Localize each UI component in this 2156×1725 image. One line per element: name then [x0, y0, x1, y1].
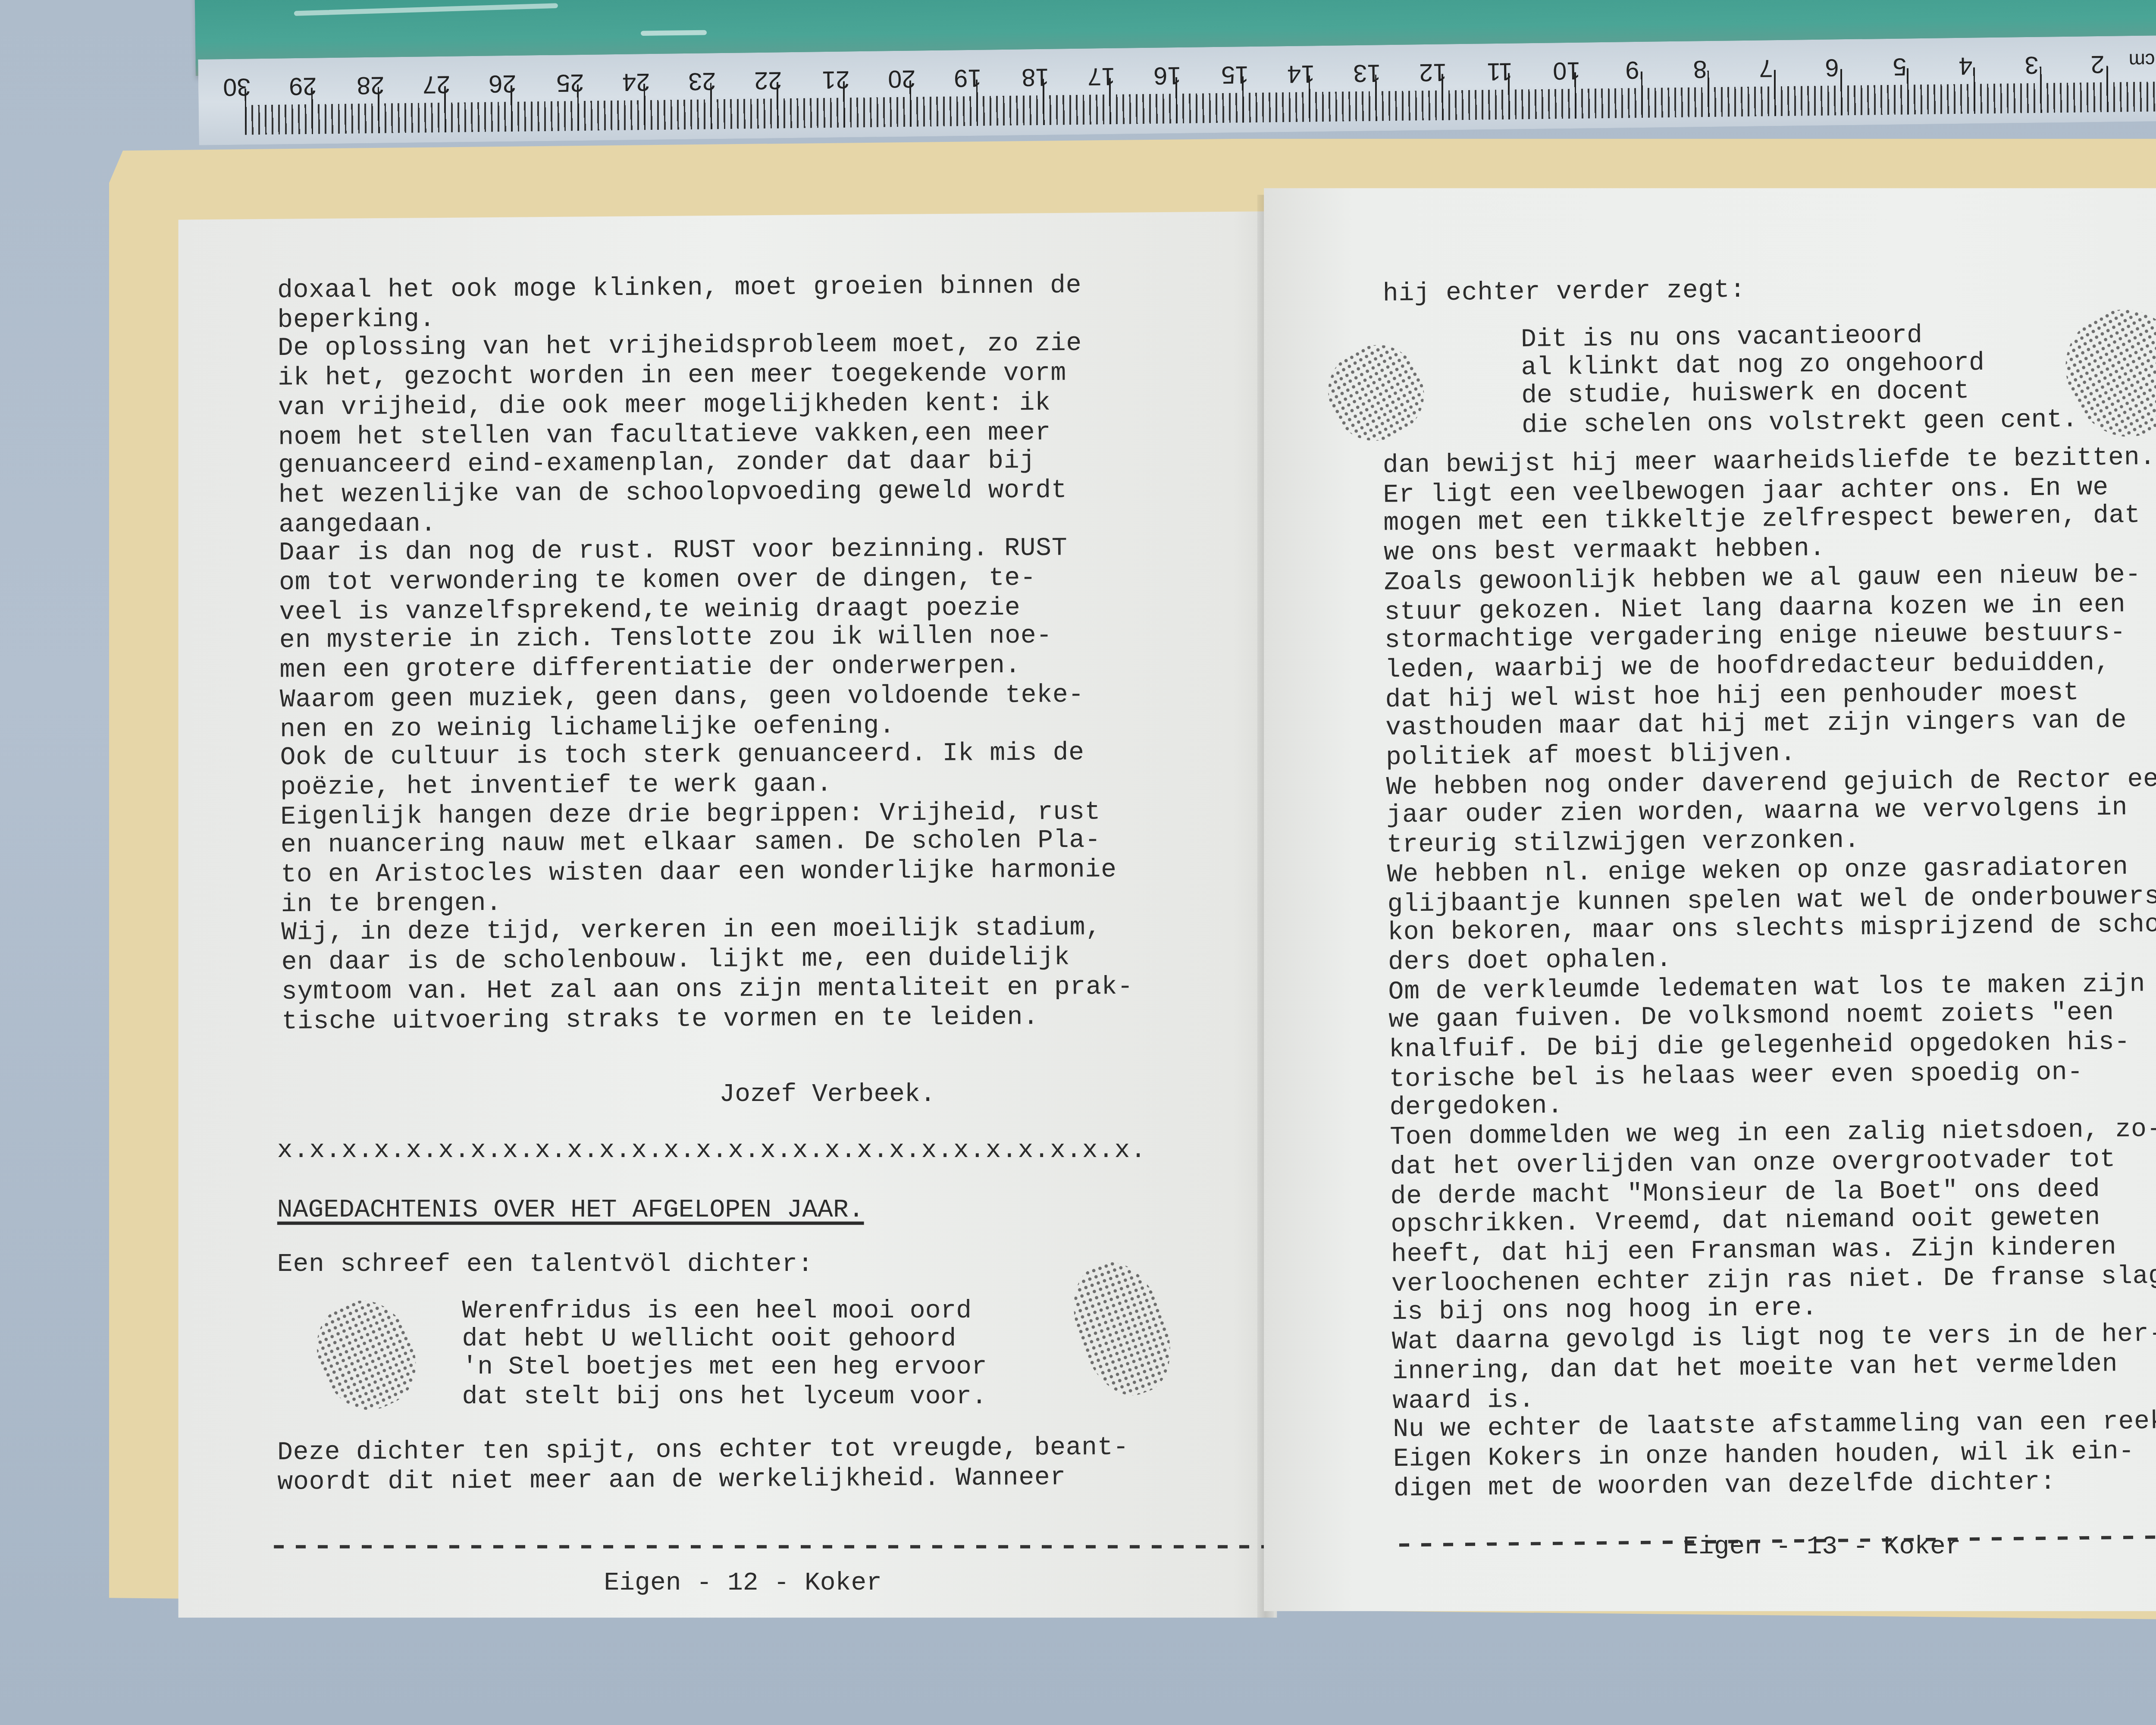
ruler-number: 16 [1154, 61, 1182, 89]
left-paragraph-2: Deze dichter ten spijt, ons echter tot v… [277, 1434, 1129, 1498]
separator-line: x.x.x.x.x.x.x.x.x.x.x.x.x.x.x.x.x.x.x.x.… [277, 1136, 1147, 1166]
ruler-number: 18 [1021, 62, 1049, 91]
ruler-number: 5 [1892, 52, 1906, 80]
poem-intro: Een schreef een talentvöl dichter: [277, 1251, 813, 1280]
ruler-number: 26 [489, 69, 517, 97]
left-poem: Werenfridus is een heel mooi oorddat heb… [462, 1298, 987, 1411]
section-heading: NAGEDACHTENIS OVER HET AFGELOPEN JAAR. [277, 1195, 864, 1225]
ruler-number: 19 [954, 63, 982, 91]
ruler-number: 9 [1626, 55, 1640, 83]
text-line: doxaal het ook moge klinken, moet groeie… [277, 272, 1129, 307]
text-line: dat hebt U wellicht ooit gehoord [462, 1326, 987, 1355]
text-line: Werenfridus is een heel mooi oord [462, 1298, 987, 1326]
ruler-number: 30 [223, 72, 251, 100]
text-line: 'n Stel boetjes met een heg ervoor [462, 1354, 987, 1383]
footer-dashes [274, 1545, 1264, 1549]
ruler-number: 13 [1353, 58, 1381, 87]
right-poem: Dit is nu ons vacantieoordal klinkt dat … [1521, 321, 2078, 440]
ruler-number: 10 [1553, 56, 1581, 84]
stipple-decoration-left [301, 1286, 431, 1424]
page-footer-12: Eigen - 12 - Koker [604, 1568, 882, 1598]
text-line: tische uitvoering straks te vormen en te… [282, 1003, 1133, 1037]
ruler-number: 22 [755, 66, 783, 94]
stipple-decoration-left [1313, 330, 1439, 456]
ruler-number: 11 [1486, 56, 1512, 85]
ruler-number: 3 [2025, 50, 2039, 78]
text-line: Waarom geen muziek, geen dans, geen vold… [280, 681, 1131, 716]
ruler-number: 8 [1692, 54, 1707, 82]
ruler-number: 14 [1287, 59, 1315, 88]
signature: Jozef Verbeek. [719, 1079, 935, 1109]
ruler-number: 6 [1825, 53, 1839, 81]
text-line: woordt dit niet meer aan de werkelijkhei… [277, 1464, 1129, 1498]
left-paragraph-1: doxaal het ook moge klinken, moet groeie… [277, 272, 1134, 1037]
page-footer-13: Eigen - 13 - Koker [1683, 1532, 1961, 1562]
page-12: doxaal het ook moge klinken, moet groeie… [178, 211, 1277, 1618]
text-line: die schelen ons volstrekt geen cent. [1522, 406, 2078, 440]
ruler-major-ticks [244, 64, 2156, 135]
text-line: Ook de cultuur is toch sterk genuanceerd… [280, 740, 1131, 774]
ruler-number: 21 [821, 65, 849, 93]
right-intro: hij echter verder zegt: [1383, 277, 1746, 310]
right-paragraph: dan bewijst hij meer waarheidsliefde te … [1383, 444, 2156, 1504]
text-line: to en Aristocles wisten daar een wonderl… [281, 856, 1132, 891]
ruler-unit-label: cm [2128, 49, 2154, 72]
page-13: hij echter verder zegt: Dit is nu ons va… [1264, 188, 2156, 1611]
ruler-number: 2 [2091, 49, 2106, 77]
photo-stage: 0123456789101112131415161718192021222324… [0, 0, 2156, 1725]
ruler-number: 25 [555, 68, 583, 97]
ruler-number: 4 [1958, 51, 1972, 79]
ruler-number: 27 [423, 69, 451, 98]
ruler-number: 28 [356, 70, 384, 99]
ruler-number: 12 [1420, 57, 1448, 86]
text-line: dat stelt bij ons het lyceum voor. [462, 1383, 987, 1411]
ruler-number: 17 [1087, 61, 1115, 90]
ruler-number: 20 [888, 64, 916, 92]
ruler-number: 15 [1220, 60, 1248, 88]
stipple-decoration-right [1059, 1251, 1185, 1407]
text-line: het wezenlijke van de schoolopvoeding ge… [279, 477, 1130, 511]
ruler-number: 24 [622, 67, 650, 96]
ruler-number: 7 [1759, 53, 1773, 82]
ruler-number: 29 [289, 71, 317, 100]
ruler-number: 23 [688, 66, 716, 95]
